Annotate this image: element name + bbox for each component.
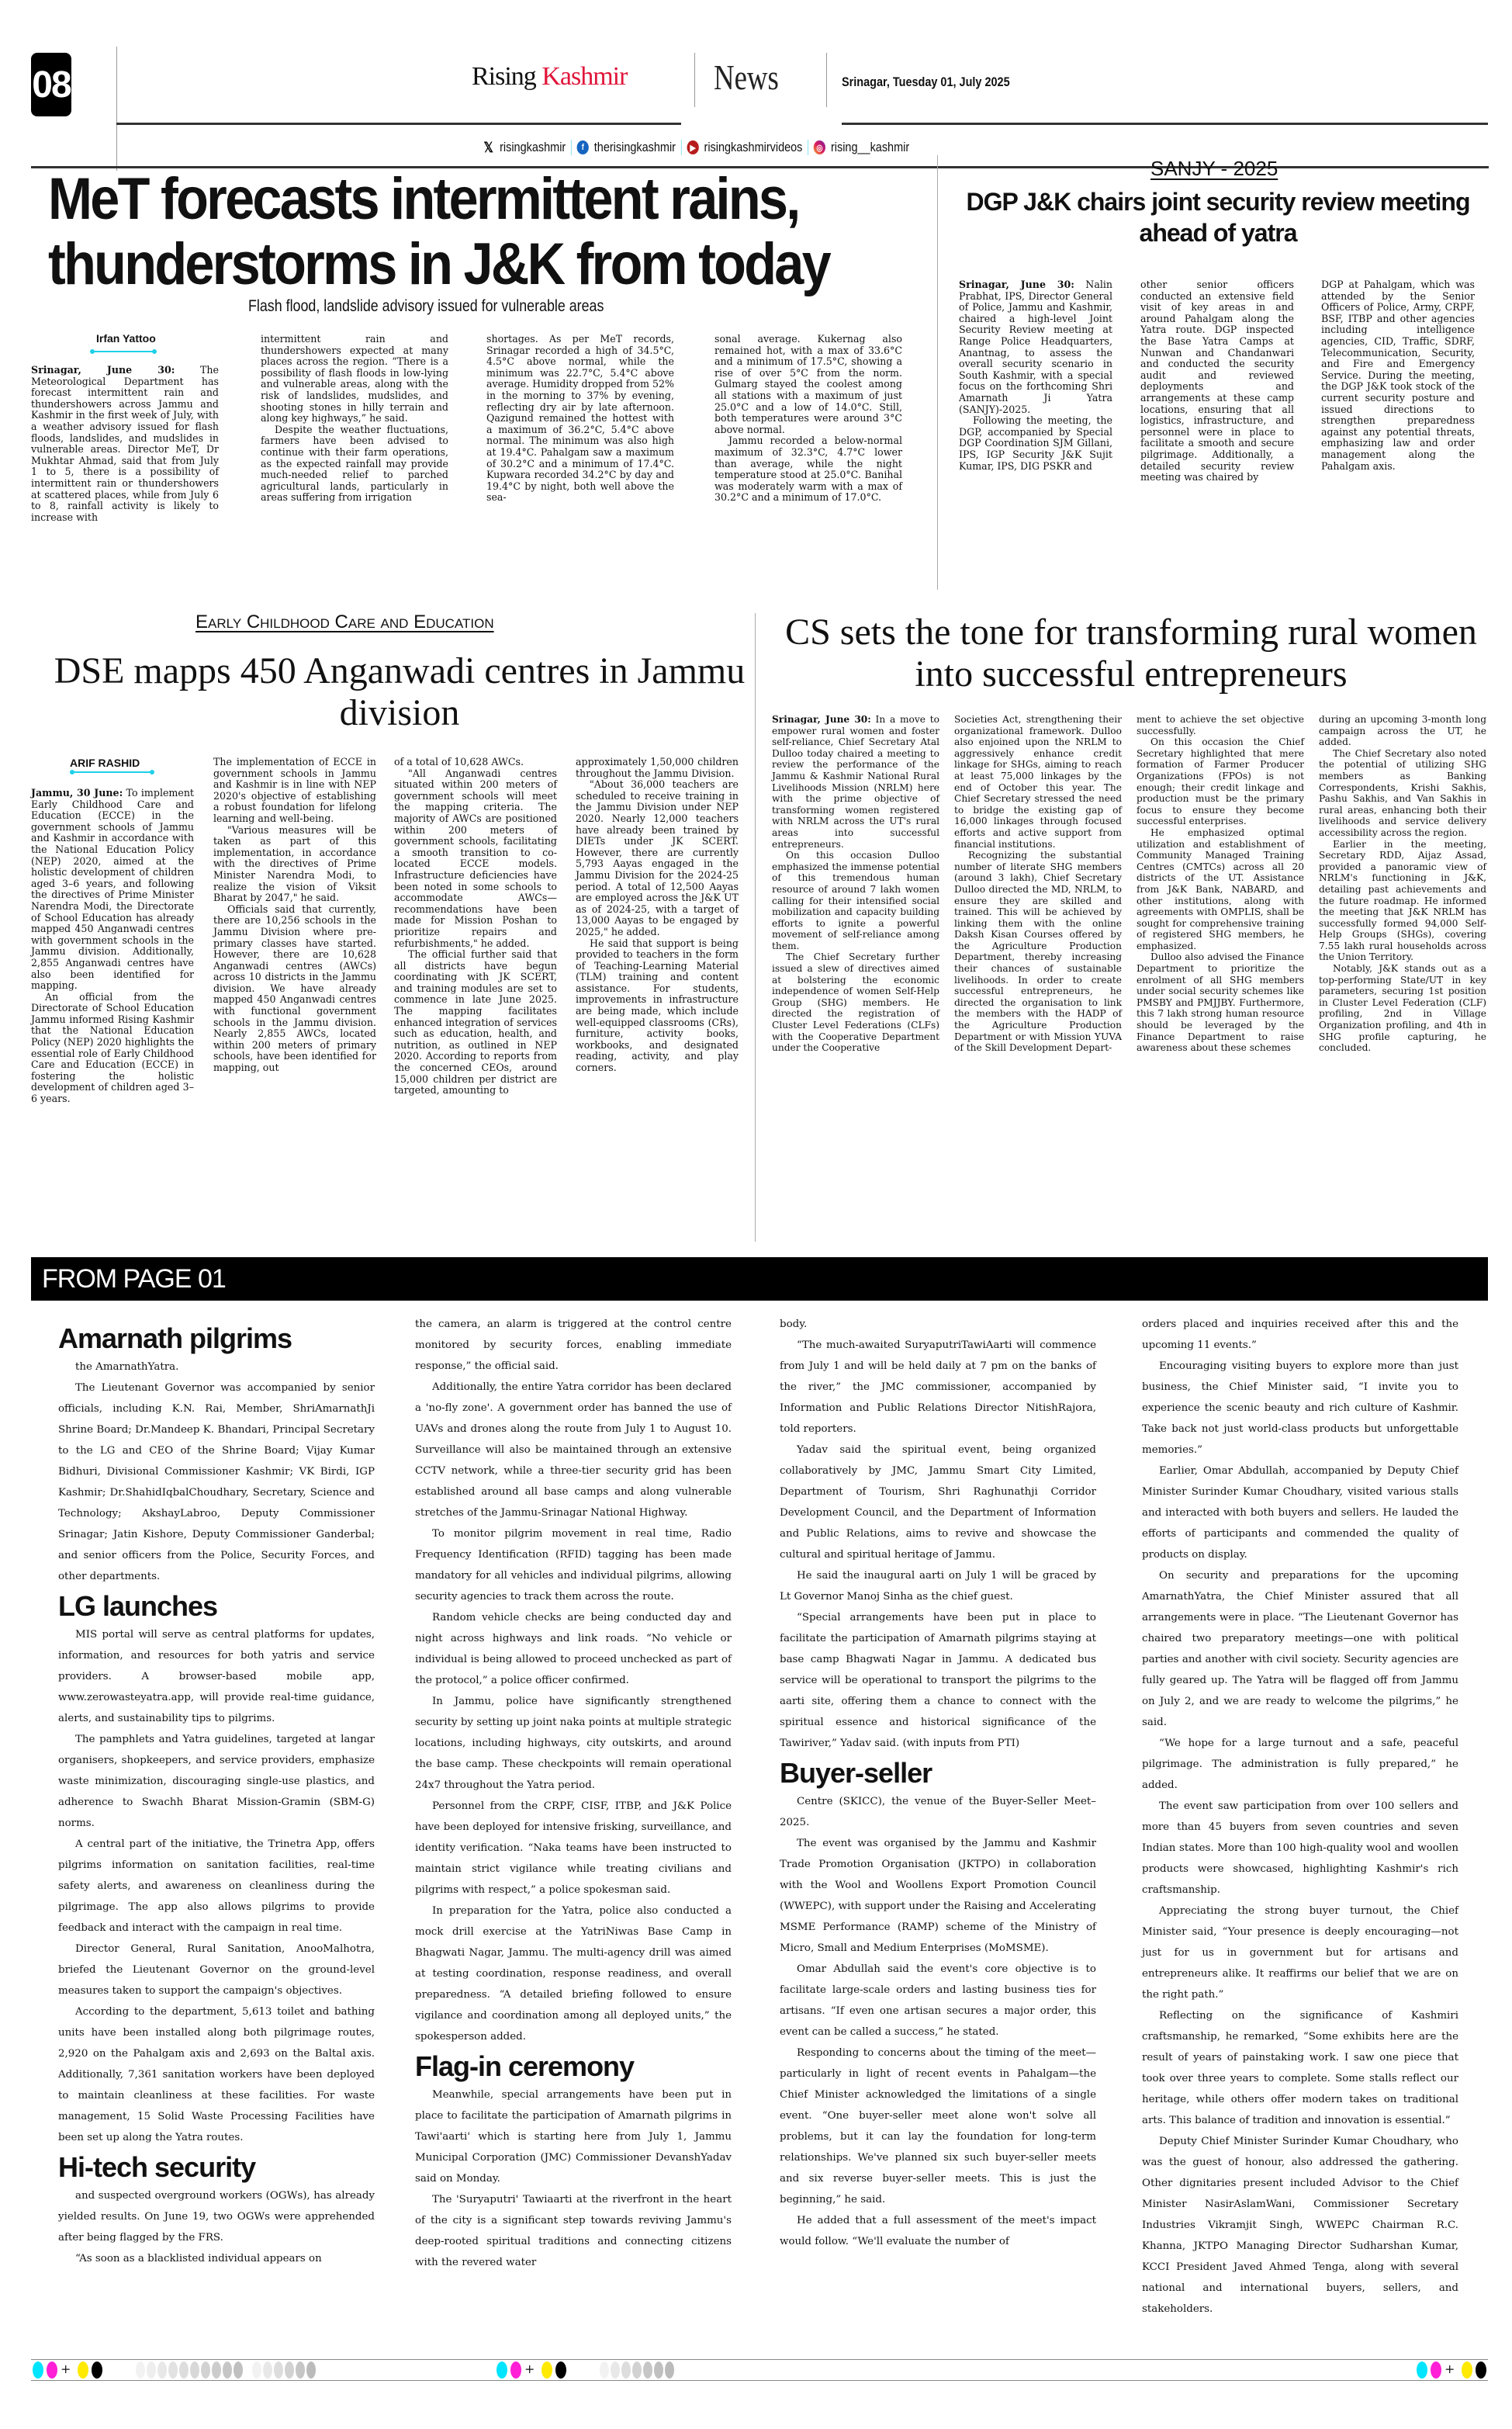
met-text: Despite the weather fluctuations, farmer… — [261, 424, 448, 504]
continued-text: Additionally, the entire Yatra corridor … — [415, 1377, 732, 1523]
continued-column-4: orders placed and inquiries received aft… — [1142, 1314, 1458, 2320]
met-column-1: Srinagar, June 30: The Meteorological De… — [31, 365, 219, 523]
gray-swatch — [611, 2361, 620, 2379]
met-text: sonal average. Kukernag also remained ho… — [714, 334, 902, 435]
dse-column-2: The implementation of ECCE in government… — [213, 757, 376, 1074]
dse-text: To implement Early Childhood Care and Ed… — [31, 787, 194, 991]
black-swatch — [92, 2361, 102, 2379]
continued-text: A central part of the initiative, the Tr… — [58, 1834, 375, 1939]
dse-text: The implementation of ECCE in government… — [213, 757, 376, 825]
dgp-column-2: other senior officers conducted an exten… — [1140, 279, 1294, 483]
yellow-swatch — [1462, 2361, 1472, 2379]
cs-text: Recognizing the substantial number of li… — [954, 850, 1122, 1054]
subhead-flag-in-ceremony: Flag-in ceremony — [415, 2050, 732, 2083]
dse-text: "All Anganwadi centres situated within 2… — [394, 768, 557, 950]
social-separator — [571, 140, 572, 155]
gray-swatch — [632, 2361, 642, 2379]
dse-text: "About 36,000 teachers are scheduled to … — [576, 779, 739, 937]
column-divider — [755, 613, 756, 1242]
dgp-text: other senior officers conducted an exten… — [1140, 279, 1294, 483]
continued-text: Encouraging visiting buyers to explore m… — [1142, 1356, 1458, 1461]
dse-byline: ARIF RASHID — [70, 757, 140, 769]
social-handle-instagram[interactable]: rising__kashmir — [831, 140, 909, 155]
social-handle-x[interactable]: risingkashmir — [500, 140, 566, 155]
gray-swatch — [654, 2361, 663, 2379]
continued-text: Centre (SKICC), the venue of the Buyer-S… — [780, 1791, 1096, 1833]
continued-text: and suspected overground workers (OGWs),… — [58, 2185, 375, 2248]
cs-text: Dulloo also advised the Finance Departme… — [1137, 951, 1304, 1053]
met-column-4: sonal average. Kukernag also remained ho… — [714, 334, 902, 504]
continued-column-1: Amarnath pilgrims the AmarnathYatra. The… — [58, 1319, 375, 2269]
masthead-separator — [826, 53, 827, 107]
continued-text: “Special arrangements have been put in p… — [780, 1607, 1096, 1754]
continued-text: He added that a full assessment of the m… — [780, 2210, 1096, 2252]
cyan-swatch — [33, 2361, 43, 2379]
x-icon: 𝕏 — [483, 140, 494, 154]
continued-text: The event saw participation from over 10… — [1142, 1796, 1458, 1901]
met-column-3: shortages. As per MeT records, Srinagar … — [486, 334, 674, 504]
magenta-swatch — [47, 2361, 57, 2379]
social-separator — [681, 140, 682, 155]
cs-text: ment to achieve the set objective succes… — [1137, 714, 1304, 736]
dse-kicker: Early Childhood Care and Education — [195, 612, 494, 633]
continued-text: On security and preparations for the upc… — [1142, 1565, 1458, 1733]
gray-swatch — [190, 2361, 199, 2379]
registration-mark-icon: + — [61, 2361, 74, 2379]
cs-text: He emphasized optimal utilization and es… — [1137, 827, 1304, 952]
facebook-icon: f — [577, 140, 589, 154]
dse-text: Officials said that currently, there are… — [213, 904, 376, 1074]
gray-swatch — [274, 2361, 283, 2379]
dgp-column-1: Srinagar, June 30: Nalin Prabhat, IPS, D… — [959, 279, 1112, 472]
gray-swatch — [643, 2361, 652, 2379]
masthead-rule — [842, 123, 1488, 125]
continued-text: The 'Suryaputri' Tawiaarti at the riverf… — [415, 2189, 732, 2273]
yellow-swatch — [541, 2361, 552, 2379]
continued-text: According to the department, 5,613 toile… — [58, 2001, 375, 2148]
cs-column-2: Societies Act, strengthening their organ… — [954, 714, 1122, 1054]
continued-text: MIS portal will serve as central platfor… — [58, 1624, 375, 1729]
cs-text: The Chief Secretary further issued a sle… — [772, 951, 939, 1053]
continued-text: orders placed and inquiries received aft… — [1142, 1314, 1458, 1356]
social-separator — [808, 140, 808, 155]
yellow-swatch — [78, 2361, 88, 2379]
cs-dateline: Srinagar, June 30: — [772, 714, 871, 725]
youtube-icon: ▶ — [687, 140, 698, 154]
social-handle-youtube[interactable]: risingkashmirvideos — [704, 140, 803, 155]
dse-headline: DSE mapps 450 Anganwadi centres in Jammu… — [31, 650, 768, 734]
dgp-kicker: SANJY - 2025 — [1150, 157, 1278, 181]
gray-swatch — [212, 2361, 221, 2379]
gray-swatch — [665, 2361, 674, 2379]
continued-text: The Lieutenant Governor was accompanied … — [58, 1377, 375, 1587]
continued-text: Appreciating the strong buyer turnout, t… — [1142, 1901, 1458, 2005]
gray-swatch — [621, 2361, 631, 2379]
dgp-column-3: DGP at Pahalgam, which was attended by t… — [1321, 279, 1475, 472]
issue-dateline: Srinagar, Tuesday 01, July 2025 — [842, 74, 1010, 90]
continued-text: the AmarnathYatra. — [58, 1357, 375, 1377]
gray-swatch — [147, 2361, 156, 2379]
print-color-bar: + + + — [31, 2359, 1488, 2381]
met-subheadline: Flash flood, landslide advisory issued f… — [248, 297, 604, 316]
cs-column-1: Srinagar, June 30: In a move to empower … — [772, 714, 939, 1054]
brand-rising: Rising — [472, 62, 536, 91]
gray-swatch — [168, 2361, 178, 2379]
gray-swatch — [234, 2361, 243, 2379]
section-name: News — [714, 57, 779, 98]
dse-text: The official further said that all distr… — [394, 949, 557, 1097]
continued-text: Yadav said the spiritual event, being or… — [780, 1440, 1096, 1565]
dse-text: approximately 1,50,000 children througho… — [576, 757, 739, 779]
continued-text: Director General, Rural Sanitation, Anoo… — [58, 1939, 375, 2001]
magenta-swatch — [510, 2361, 521, 2379]
masthead-rule — [116, 123, 681, 125]
dse-text: He said that support is being provided t… — [576, 938, 739, 1074]
continued-text: Responding to concerns about the timing … — [780, 2043, 1096, 2210]
subhead-hi-tech-security: Hi-tech security — [58, 2151, 375, 2184]
dse-text: of a total of 10,628 AWCs. — [394, 757, 557, 768]
continued-column-2: the camera, an alarm is triggered at the… — [415, 1314, 732, 2273]
continued-text: Earlier, Omar Abdullah, accompanied by D… — [1142, 1461, 1458, 1565]
gray-swatch — [136, 2361, 145, 2379]
cyan-swatch — [497, 2361, 507, 2379]
gray-swatch — [201, 2361, 210, 2379]
cs-text: On this occasion the Chief Secretary hig… — [1137, 736, 1304, 827]
continued-text: To monitor pilgrim movement in real time… — [415, 1523, 732, 1607]
continued-column-3: body. “The much-awaited SuryaputriTawiAa… — [780, 1314, 1096, 2252]
continued-text: “As soon as a blacklisted individual app… — [58, 2248, 375, 2269]
gray-swatch — [285, 2361, 294, 2379]
column-divider — [937, 155, 938, 590]
dse-text: An official from the Directorate of Scho… — [31, 992, 194, 1105]
cs-text: Societies Act, strengthening their organ… — [954, 714, 1122, 850]
gray-swatch — [157, 2361, 167, 2379]
from-page-banner: FROM PAGE 01 — [31, 1257, 1488, 1301]
magenta-swatch — [1431, 2361, 1441, 2379]
met-byline: Irfan Yattoo — [96, 332, 156, 345]
continued-text: “We hope for a large turnout and a safe,… — [1142, 1733, 1458, 1796]
cs-text: On this occasion Dulloo emphasized the i… — [772, 850, 939, 951]
continued-text: Random vehicle checks are being conducte… — [415, 1607, 732, 1691]
cs-column-4: during an upcoming 3-month long campaign… — [1319, 714, 1486, 1054]
continued-text: Omar Abdullah said the event's core obje… — [780, 1959, 1096, 2043]
dse-dateline: Jammu, 30 June: — [31, 787, 123, 799]
continued-text: Personnel from the CRPF, CISF, ITBP, and… — [415, 1796, 732, 1901]
continued-text: the camera, an alarm is triggered at the… — [415, 1314, 732, 1377]
dse-column-1: Jammu, 30 June: To implement Early Child… — [31, 788, 194, 1105]
cs-text: In a move to empower rural women and fos… — [772, 714, 939, 850]
cs-text: during an upcoming 3-month long campaign… — [1319, 714, 1486, 748]
subhead-lg-launches: LG launches — [58, 1590, 375, 1623]
cs-text: Earlier in the meeting, Secretary RDD, A… — [1319, 839, 1486, 964]
gray-swatch — [296, 2361, 305, 2379]
gray-swatch — [179, 2361, 189, 2379]
continued-text: He said the inaugural aarti on July 1 wi… — [780, 1565, 1096, 1607]
social-handles: 𝕏 risingkashmir f therisingkashmir ▶ ris… — [483, 140, 909, 155]
continued-text: Meanwhile, special arrangements have bee… — [415, 2084, 732, 2189]
subhead-amarnath-pilgrims: Amarnath pilgrims — [58, 1322, 375, 1355]
continued-text: In Jammu, police have significantly stre… — [415, 1691, 732, 1796]
gray-swatch — [263, 2361, 272, 2379]
black-swatch — [1476, 2361, 1486, 2379]
byline-underline — [71, 771, 153, 773]
met-headline: MeT forecasts intermittent rains, thunde… — [48, 167, 830, 297]
continued-text: The pamphlets and Yatra guidelines, targ… — [58, 1729, 375, 1834]
cs-text: The Chief Secretary also noted the poten… — [1319, 748, 1486, 839]
brand-kashmir: Kashmir — [541, 62, 627, 91]
brand-logo: Rising Kashmir — [472, 62, 627, 92]
continued-text: Deputy Chief Minister Surinder Kumar Cho… — [1142, 2131, 1458, 2320]
subhead-buyer-seller: Buyer-seller — [780, 1757, 1096, 1790]
dgp-text: DGP at Pahalgam, which was attended by t… — [1321, 279, 1475, 472]
instagram-icon: ◎ — [814, 140, 825, 154]
dgp-headline: DGP J&K chairs joint security review mee… — [946, 186, 1490, 248]
continued-text: Reflecting on the significance of Kashmi… — [1142, 2005, 1458, 2131]
page-number: 08 — [31, 53, 71, 116]
social-handle-facebook[interactable]: therisingkashmir — [594, 140, 676, 155]
dse-text: "Various measures will be taken as part … — [213, 825, 376, 904]
met-text: intermittent rain and thundershowers exp… — [261, 334, 448, 424]
cyan-swatch — [1417, 2361, 1427, 2379]
registration-mark-icon: + — [1445, 2361, 1458, 2379]
dgp-text: Nalin Prabhat, IPS, Director General of … — [959, 279, 1112, 415]
registration-mark-icon: + — [524, 2361, 538, 2379]
continued-text: In preparation for the Yatra, police als… — [415, 1901, 732, 2047]
continued-text: The event was organised by the Jammu and… — [780, 1833, 1096, 1959]
gray-swatch — [600, 2361, 609, 2379]
masthead: Rising Kashmir News Srinagar, Tuesday 01… — [116, 53, 1489, 123]
gray-swatch — [252, 2361, 261, 2379]
dgp-dateline: Srinagar, June 30: — [959, 279, 1074, 290]
continued-text: body. — [780, 1314, 1096, 1335]
byline-underline — [92, 351, 155, 352]
dgp-text: Following the meeting, the DGP, accompan… — [959, 415, 1112, 472]
continued-text: “The much-awaited SuryaputriTawiAarti wi… — [780, 1335, 1096, 1440]
met-text: The Meteorological Department has foreca… — [31, 364, 219, 523]
black-swatch — [555, 2361, 566, 2379]
met-dateline: Srinagar, June 30: — [31, 364, 175, 376]
cs-column-3: ment to achieve the set objective succes… — [1137, 714, 1304, 1054]
met-text: shortages. As per MeT records, Srinagar … — [486, 334, 674, 504]
gray-swatch — [223, 2361, 232, 2379]
met-text: Jammu recorded a below-normal maximum of… — [714, 435, 902, 504]
cs-headline: CS sets the tone for transforming rural … — [770, 612, 1492, 695]
gray-swatch — [306, 2361, 316, 2379]
dse-column-4: approximately 1,50,000 children througho… — [576, 757, 739, 1074]
cs-text: Notably, J&K stands out as a top-perform… — [1319, 963, 1486, 1054]
dse-column-3: of a total of 10,628 AWCs. "All Anganwad… — [394, 757, 557, 1097]
met-column-2: intermittent rain and thundershowers exp… — [261, 334, 448, 504]
masthead-separator — [694, 53, 695, 107]
